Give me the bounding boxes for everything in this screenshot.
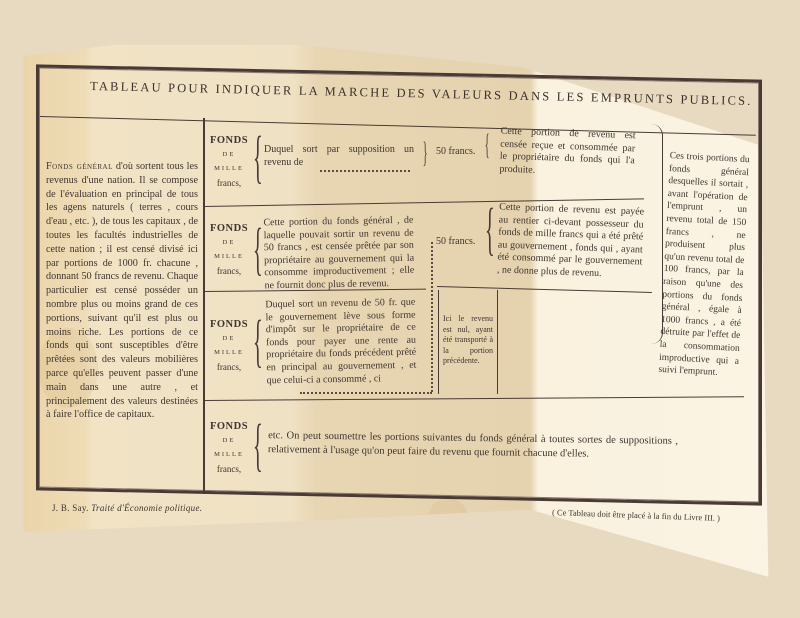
brace-icon: { (253, 220, 263, 278)
brace-icon: { (253, 416, 263, 474)
row-3-main-text: Duquel sort un revenu de 50 fr. que le g… (265, 297, 417, 388)
fonds-label-row-4: FONDS DE MILLE francs, (206, 420, 252, 476)
fonds-general-lead: Fonds général (46, 161, 113, 172)
brace-icon: { (485, 200, 495, 258)
brace-icon: { (485, 130, 490, 160)
fonds-general-description: Fonds général d'où sortent tous les reve… (46, 160, 198, 422)
nul-revenue-note: Ici le revenu est nul, ayant été transpo… (443, 314, 493, 367)
row-1-note: Cette portion de revenu est censée reçue… (499, 126, 636, 181)
dotted-leader (300, 392, 432, 394)
fonds-label-francs: francs, (206, 462, 252, 476)
fonds-label-de: DE (206, 434, 252, 448)
row-1-main-text: Duquel sort par supposition un revenu de (264, 144, 414, 169)
fonds-label-row-3: FONDS DE MILLE francs, (206, 318, 252, 374)
fonds-general-text: d'où sortent tous les revenus d'une nati… (46, 161, 198, 420)
left-column-divider (203, 118, 205, 494)
row-2-main-text: Cette portion du fonds général , de laqu… (263, 215, 414, 293)
fonds-label-francs: francs, (206, 360, 252, 374)
dotted-leader (320, 170, 410, 172)
fonds-label-de: DE (206, 148, 252, 162)
fonds-label-francs: francs, (206, 176, 252, 190)
fonds-label-word: FONDS (206, 222, 252, 236)
fonds-label-mille: MILLE (206, 346, 252, 360)
brace-icon: { (253, 312, 263, 370)
fonds-label-mille: MILLE (206, 448, 252, 462)
fonds-label-mille: MILLE (206, 250, 252, 264)
paper-stain (228, 528, 278, 558)
fonds-label-de: DE (206, 236, 252, 250)
summary-bracket (640, 124, 663, 344)
summary-note: Ces trois portions du fonds général desq… (658, 150, 750, 381)
fonds-label-word: FONDS (206, 420, 252, 434)
fonds-label-row-1: FONDS DE MILLE francs, (206, 134, 252, 190)
fonds-label-word: FONDS (206, 134, 252, 148)
author: J. B. Say. (52, 503, 89, 513)
brace-icon: { (253, 128, 263, 186)
row-4-main-text: etc. On peut soumettre les portions suiv… (268, 429, 678, 463)
paper-stain (428, 498, 468, 538)
fonds-label-row-2: FONDS DE MILLE francs, (206, 222, 252, 278)
attribution: J. B. Say. Traité d'Économie politique. (52, 503, 202, 513)
work-title: Traité d'Économie politique. (91, 503, 202, 513)
dotted-connector (431, 242, 433, 392)
fonds-label-francs: francs, (206, 264, 252, 278)
fonds-label-word: FONDS (206, 318, 252, 332)
fonds-label-de: DE (206, 332, 252, 346)
row-2-note: Cette portion de revenu est payée au ren… (497, 201, 645, 282)
brace-icon: } (423, 138, 428, 168)
fonds-label-mille: MILLE (206, 162, 252, 176)
